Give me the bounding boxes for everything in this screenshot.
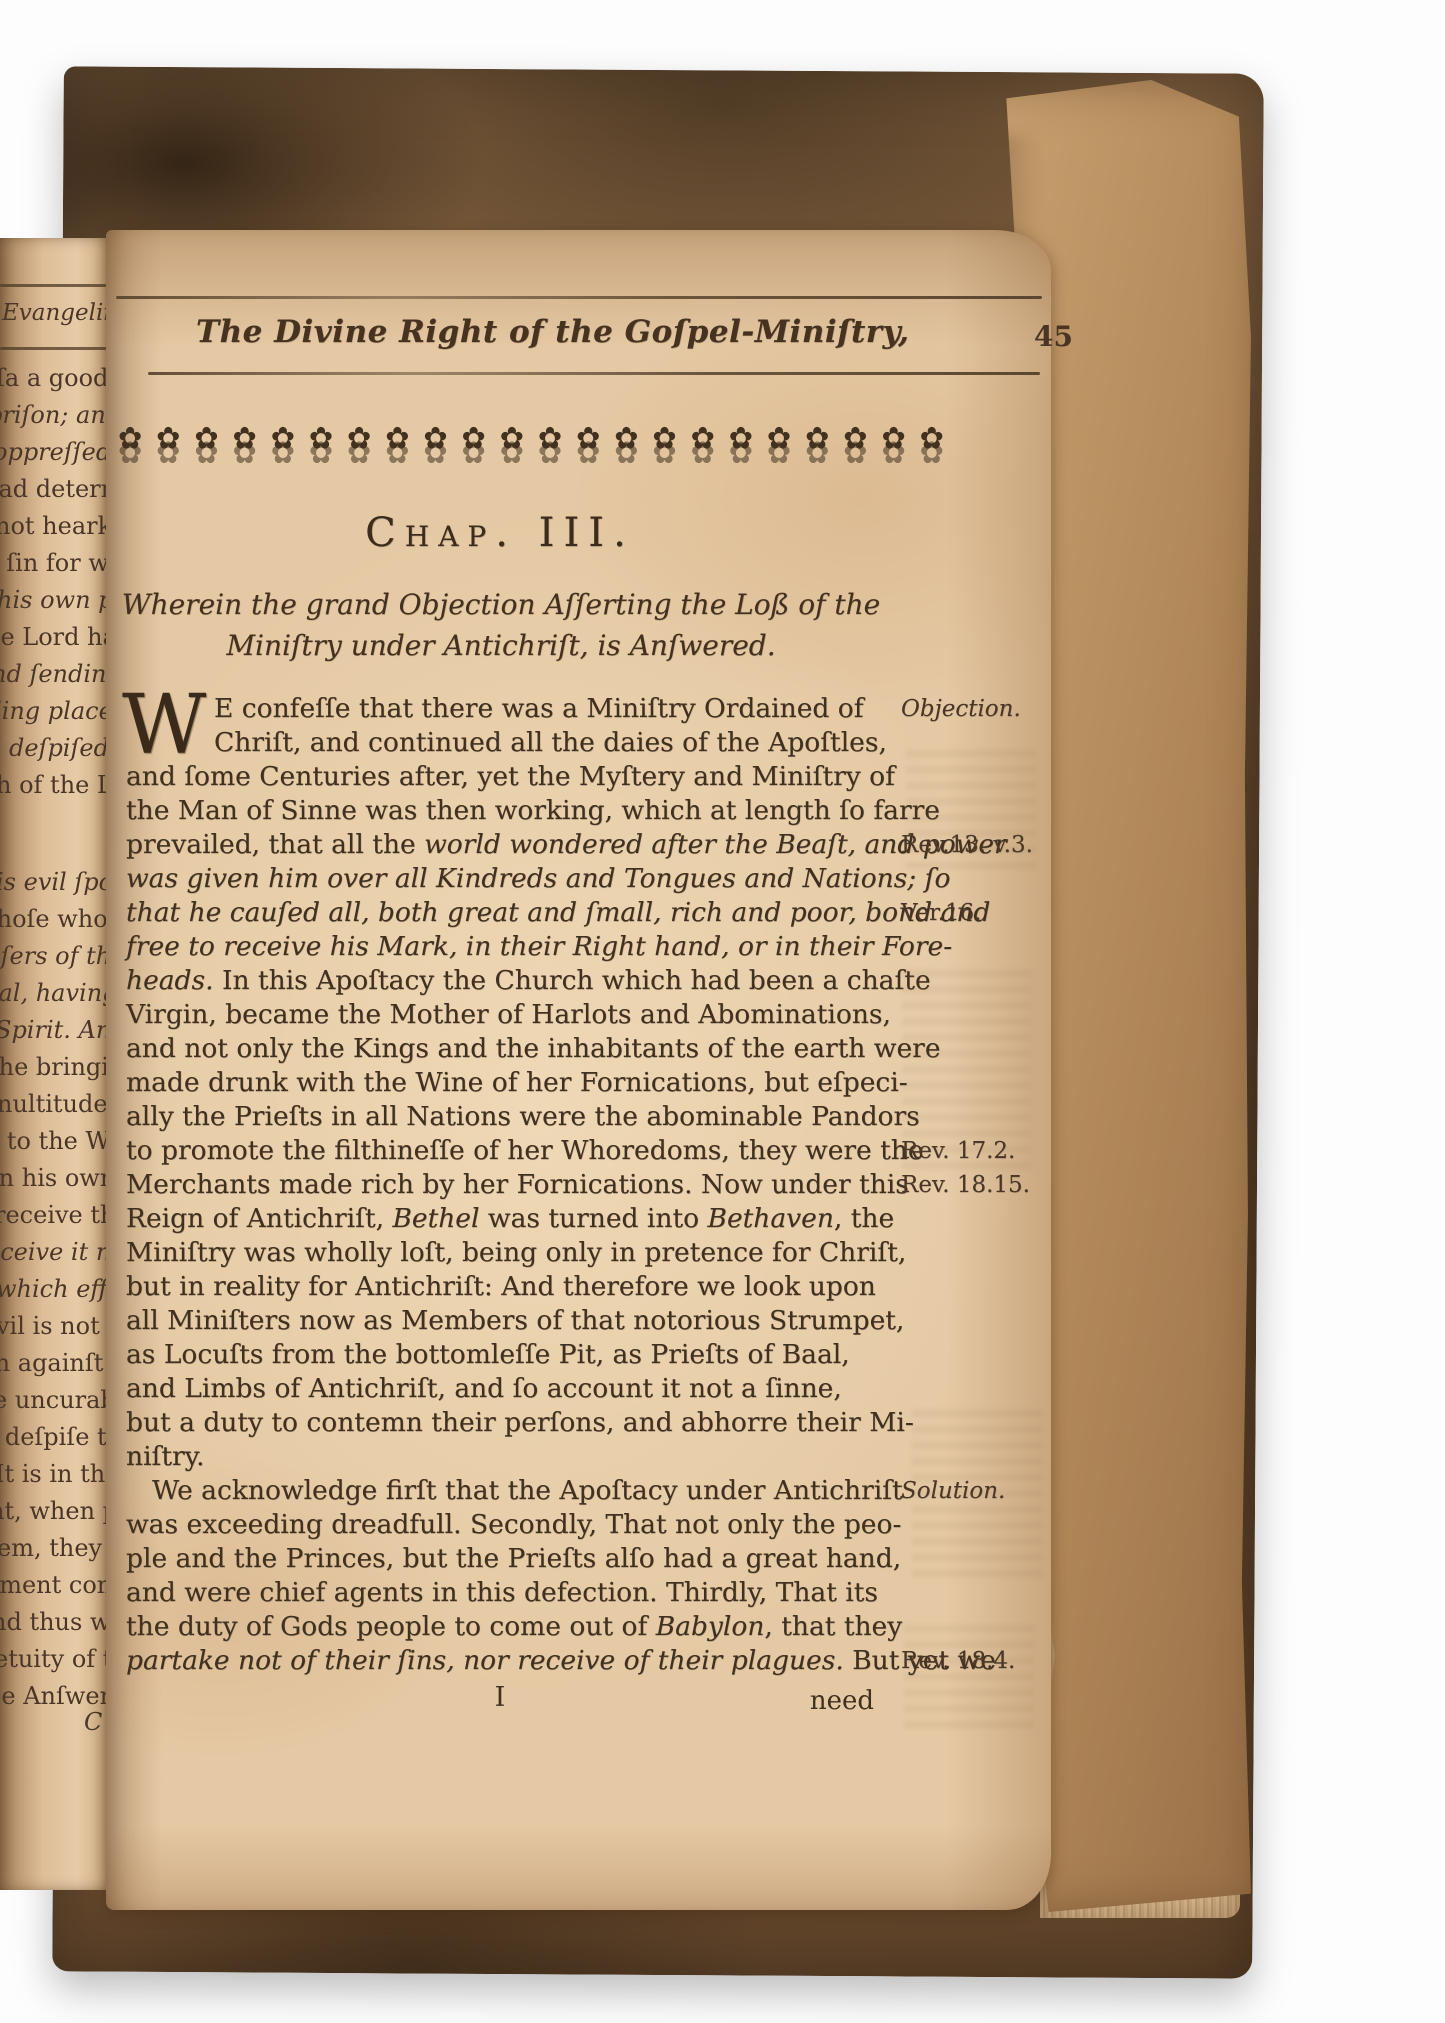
left-page-line: priſon; and the [0, 397, 113, 434]
fleuron-ornament: ✿ [805, 404, 829, 471]
body-line: but in reality for Antichriſt: And there… [126, 1270, 886, 1304]
running-head: The Divine Right of the Goſpel-Miniſtry,… [106, 314, 1051, 358]
body-line: made drunk with the Wine of her Fornicat… [126, 1066, 886, 1100]
body-line: niſtry. [126, 1440, 886, 1474]
body-text: W E confeſſe that there was a Miniſtry O… [126, 692, 886, 1678]
left-page-line: nultitudes that [0, 1086, 113, 1123]
body-line: free to receive his Mark, in their Right… [126, 930, 886, 964]
body-line: was exceeding dreadfull. Secondly, That … [126, 1508, 886, 1542]
fleuron-ornament: ✿ [271, 404, 295, 471]
body-line: We acknowledge firſt that the Apoſtacy u… [126, 1474, 886, 1508]
left-page-line: t ſin for which G [0, 545, 113, 582]
left-page-line: receive the W [0, 1197, 113, 1234]
left-page-line: had determined [0, 471, 113, 508]
left-page-line: vil is not only a [0, 1308, 113, 1345]
body-line: the duty of Gods people to come out of B… [126, 1610, 886, 1644]
fleuron-ornament: ✿ [423, 404, 447, 471]
body-line: Reign of Antichriſt, Bethel was turned i… [126, 1202, 886, 1236]
photo-background: Evangelii, O ſa a good Kingpriſon; and t… [0, 0, 1445, 2023]
left-running-title: Evangelii, O [2, 300, 113, 326]
chapter-subtitle: Wherein the grand Objection Aſſerting th… [106, 584, 896, 666]
fleuron-ornament: ✿ [538, 404, 562, 471]
left-page-line: in againſt the [0, 1345, 113, 1382]
ornament-row: ✿✿✿✿✿✿✿✿✿✿✿✿✿✿✿✿✿✿✿✿✿✿ [118, 406, 944, 470]
left-page-line: d deſpiſed his [0, 730, 113, 767]
body-line: and were chief agents in this defection.… [126, 1576, 886, 1610]
fleuron-ornament: ✿ [233, 404, 257, 471]
fleuron-ornament: ✿ [156, 404, 180, 471]
chapter-subtitle-line2: Miniſtry under Antichriſt, is Anſwered. [106, 625, 896, 666]
body-line: ally the Prieſts in all Nations were the… [126, 1100, 886, 1134]
body-line: partake not of their ſins, nor receive o… [126, 1644, 886, 1678]
left-page-line: Spirit. And on [0, 1012, 113, 1049]
fleuron-ornament: ✿ [691, 404, 715, 471]
margin-note: Rev. 18.15. [901, 1172, 1030, 1198]
fleuron-ornament: ✿ [843, 404, 867, 471]
left-page-line: ling place, tha [0, 693, 113, 730]
left-page-line: eceive it not a [0, 1234, 113, 1271]
fleuron-ornament: ✿ [309, 404, 333, 471]
header-rule-top [116, 296, 1042, 299]
body-line: but a duty to contemn their perſons, and… [126, 1406, 886, 1440]
running-title: The Divine Right of the Goſpel-Miniſtry, [196, 314, 886, 350]
left-header-rule-top [0, 284, 113, 287]
body-line: Chriſt, and continued all the daies of t… [214, 726, 886, 760]
left-page-line: his own people in [0, 582, 113, 619]
left-page-line: e deſpiſe the baln [0, 1419, 113, 1456]
fleuron-ornament: ✿ [614, 404, 638, 471]
body-line: heads. In this Apoſtacy the Church which… [126, 964, 886, 998]
body-line: and ſome Centuries after, yet the Myſter… [126, 760, 886, 794]
left-header-rule-bottom [0, 347, 113, 350]
chapter-subtitle-line1: Wherein the grand Objection Aſſerting th… [106, 584, 896, 625]
chapter-heading: Chap. III. [126, 510, 874, 556]
left-page-line: which effectual [0, 1271, 113, 1308]
left-page-line: e uncurable, an [0, 1382, 113, 1419]
showthrough-smudge [902, 970, 1032, 1170]
body-line: E confeſſe that there was a Miniſtry Ord… [214, 692, 886, 726]
body-line: and Limbs of Antichriſt, and ſo account … [126, 1372, 886, 1406]
fleuron-ornament: ✿ [729, 404, 753, 471]
fleuron-ornament: ✿ [347, 404, 371, 471]
fleuron-ornament: ✿ [881, 404, 905, 471]
fleuron-ornament: ✿ [118, 404, 142, 471]
margin-note: Ver.16. [901, 900, 981, 926]
body-line: that he cauſed all, both great and ſmall… [126, 896, 886, 930]
body-line: Merchants made rich by her Fornications.… [126, 1168, 886, 1202]
body-line: Virgin, became the Mother of Harlots and… [126, 998, 886, 1032]
left-page-line: oppreſſed ſome of [0, 434, 113, 471]
left-page-line: etuity of the M [0, 1641, 113, 1678]
body-line: the Man of Sinne was then working, which… [126, 794, 886, 828]
body-line: as Locuſts from the bottomleſſe Pit, as … [126, 1338, 886, 1372]
body-line: and not only the Kings and the inhabitan… [126, 1032, 886, 1066]
left-page-line: thoſe who are [0, 901, 113, 938]
body-line: to promote the filthineſſe of her Whored… [126, 1134, 886, 1168]
left-page-line: ſa a good King [0, 360, 113, 397]
showthrough-smudge [906, 750, 1036, 870]
left-page-sliver: Evangelii, O ſa a good Kingpriſon; and t… [0, 238, 113, 1890]
left-page-line: not hearken to [0, 508, 113, 545]
left-page-line: h of the Lord [0, 767, 113, 804]
left-page-line: nd ſending, bec [0, 656, 113, 693]
fleuron-ornament: ✿ [500, 404, 524, 471]
body-line: was given him over all Kindreds and Tong… [126, 862, 886, 896]
left-page-line: in his own Ord [0, 1160, 113, 1197]
fleuron-ornament: ✿ [462, 404, 486, 471]
body-line: ple and the Princes, but the Prieſts alſ… [126, 1542, 886, 1576]
left-page-catchword: C [84, 1708, 102, 1736]
left-page-line: the bringing in [0, 1049, 113, 1086]
header-rule-bottom [148, 372, 1040, 375]
left-page-line: It is in the numb [0, 1456, 113, 1493]
right-page: The Divine Right of the Goſpel-Miniſtry,… [106, 230, 1051, 1910]
left-page-line: e to the Word [0, 1123, 113, 1160]
margin-note: Objection. [901, 696, 1021, 722]
left-page-line: nd thus we hav [0, 1604, 113, 1641]
fleuron-ornament: ✿ [385, 404, 409, 471]
page-number: 45 [1034, 320, 1073, 353]
body-line: all Miniſters now as Members of that not… [126, 1304, 886, 1338]
fleuron-ornament: ✿ [767, 404, 791, 471]
drop-cap: W [122, 692, 206, 760]
showthrough-smudge [912, 1410, 1042, 1580]
left-page-line: ement come, to [0, 1567, 113, 1604]
catchword: need [126, 1686, 874, 1716]
fleuron-ornament: ✿ [652, 404, 676, 471]
left-page-line: iſers of them tha [0, 938, 113, 975]
showthrough-smudge [904, 1625, 1034, 1735]
left-page-line: em, they are ſa [0, 1530, 113, 1567]
left-page-line: is evil ſpoken of [0, 864, 113, 901]
fleuron-ornament: ✿ [194, 404, 218, 471]
fleuron-ornament: ✿ [576, 404, 600, 471]
body-line: Miniſtry was wholly loſt, being only in … [126, 1236, 886, 1270]
left-page-line: he Lord had ſe [0, 619, 113, 656]
left-page-line: nal, having not [0, 975, 113, 1012]
left-page-line: nt, when peopl [0, 1493, 113, 1530]
fleuron-ornament: ✿ [920, 404, 944, 471]
body-line: prevailed, that all the world wondered a… [126, 828, 886, 862]
